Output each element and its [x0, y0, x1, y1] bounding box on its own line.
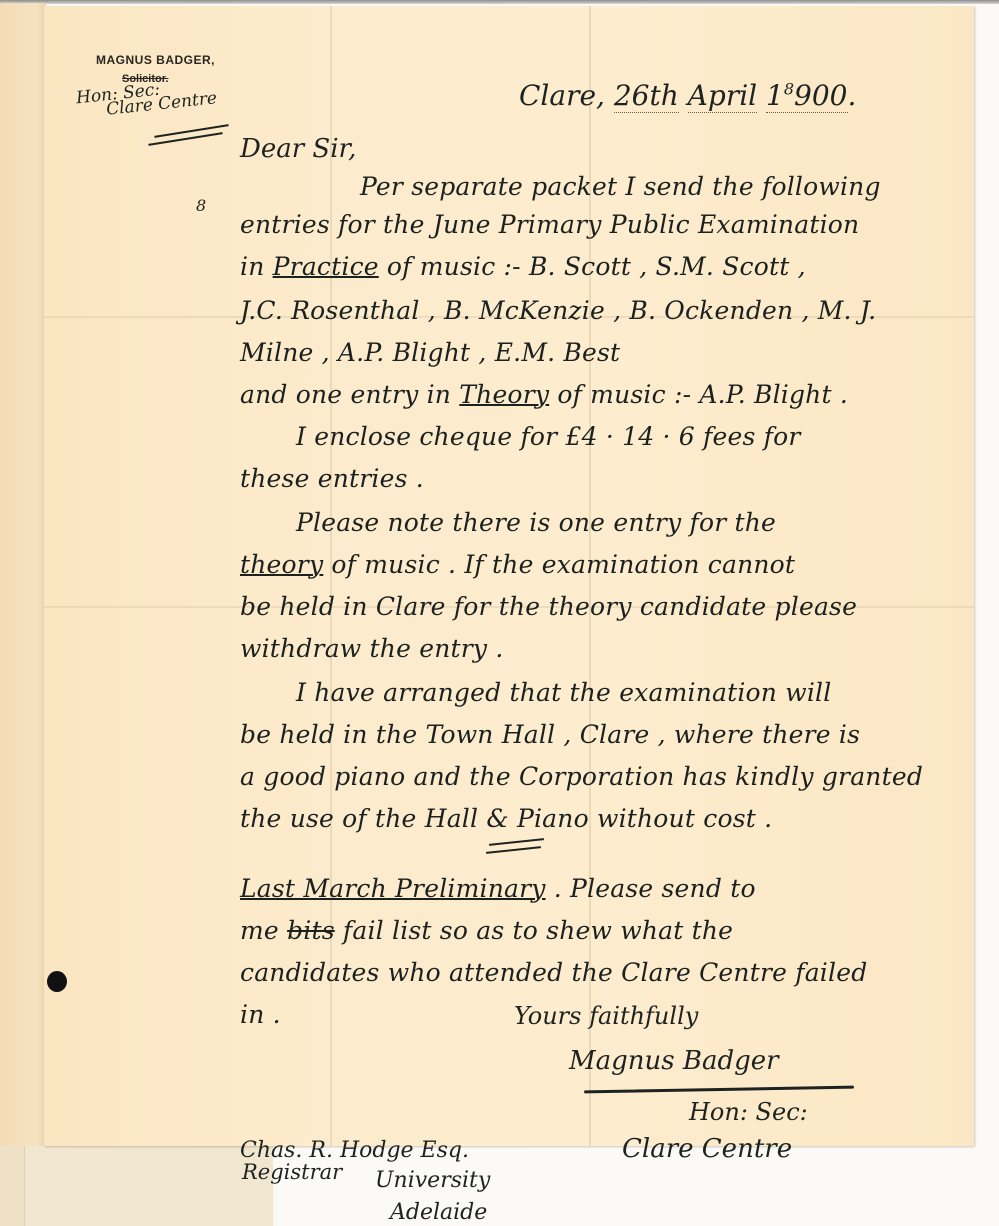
body-line: in Practice of music :- B. Scott , S.M. …	[240, 252, 806, 281]
lower-sheet	[24, 1146, 273, 1226]
postscript-line: candidates who attended the Clare Centre…	[240, 958, 867, 987]
body-line: Please note there is one entry for the	[296, 508, 776, 537]
scanner-edge	[0, 0, 999, 4]
postscript-line: me bits fail list so as to shew what the	[240, 916, 733, 945]
postscript-line: Last March Preliminary . Please send to	[240, 874, 756, 903]
lower-sheet-edge	[0, 1146, 24, 1226]
punch-hole	[47, 971, 67, 992]
valediction: Yours faithfully	[514, 1002, 698, 1030]
body-line: and one entry in Theory of music :- A.P.…	[240, 380, 848, 409]
body-line: entries for the June Primary Public Exam…	[240, 210, 859, 239]
recipient-role: Registrar	[242, 1160, 342, 1184]
letter-page: MAGNUS BADGER, Solicitor. Hon: Sec: Clar…	[44, 6, 974, 1146]
body-line: J.C. Rosenthal , B. McKenzie , B. Ockend…	[240, 296, 876, 325]
body-line: be held in Clare for the theory candidat…	[240, 592, 857, 621]
insertion-mark: 8	[196, 196, 206, 215]
recipient-institution: University	[375, 1168, 490, 1193]
signature-underline	[584, 1086, 854, 1094]
body-line: theory of music . If the examination can…	[240, 550, 795, 579]
signature: Magnus Badger	[569, 1046, 779, 1076]
recipient-city: Adelaide	[390, 1200, 487, 1225]
body-line: withdraw the entry .	[240, 634, 504, 663]
scanned-document: MAGNUS BADGER, Solicitor. Hon: Sec: Clar…	[0, 0, 999, 1226]
body-line: a good piano and the Corporation has kin…	[240, 762, 923, 791]
body-line: these entries .	[240, 464, 424, 493]
closing-title-line2: Clare Centre	[622, 1134, 792, 1164]
letterhead-name: MAGNUS BADGER,	[96, 53, 215, 67]
postscript-line: in .	[240, 1000, 281, 1029]
body-line: I have arranged that the examination wil…	[296, 678, 831, 707]
section-separator	[489, 838, 544, 846]
body-line: be held in the Town Hall , Clare , where…	[240, 720, 860, 749]
section-separator	[486, 846, 541, 854]
body-line: Milne , A.P. Blight , E.M. Best	[240, 338, 620, 367]
date-month: April	[688, 79, 757, 113]
date-day: 26th	[614, 79, 679, 113]
body-line: I enclose cheque for £4 · 14 · 6 fees fo…	[296, 422, 801, 451]
date-line: Clare, 26th April 18900.	[519, 79, 856, 112]
back-sheet	[0, 3, 46, 1226]
postscript-heading: Last March Preliminary	[240, 874, 546, 903]
body-line: Per separate packet I send the following	[360, 172, 881, 201]
salutation: Dear Sir,	[240, 134, 356, 164]
closing-title-line1: Hon: Sec:	[689, 1098, 808, 1126]
date-year: 18900	[766, 79, 847, 113]
double-rule	[154, 124, 228, 138]
date-place: Clare,	[519, 79, 605, 112]
body-line: the use of the Hall & Piano without cost…	[240, 804, 772, 833]
